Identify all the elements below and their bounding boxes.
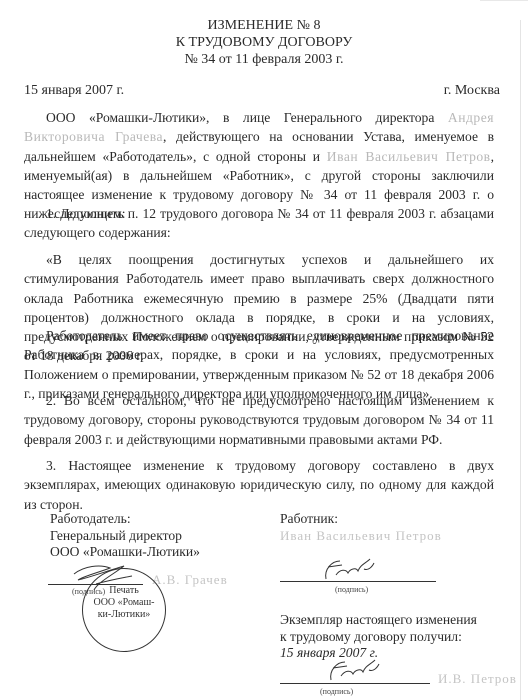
employee-signature-line [280, 581, 436, 582]
contract-reference: № 34 от 11 февраля 2003 г. [0, 51, 528, 68]
document-page: ИЗМЕНЕНИЕ № 8 К ТРУДОВОМУ ДОГОВОРУ № 34 … [0, 0, 528, 700]
employer-label: Работодатель: [50, 511, 200, 528]
employer-signature-block: Работодатель: Генеральный директор ООО «… [50, 511, 200, 561]
company-stamp: Печать ООО «Ромаш- ки-Лютики» [82, 568, 166, 652]
employee-label: Работник: [280, 511, 338, 528]
receipt-block: Экземпляр настоящего изменения к трудово… [280, 612, 477, 662]
clause-2: 2. Во всем остальном, что не предусмотре… [24, 391, 494, 449]
document-subtitle: К ТРУДОВОМУ ДОГОВОРУ [0, 34, 528, 51]
document-date: 15 января 2007 г. [24, 83, 124, 99]
clause-1: 1. Дополнить п. 12 трудового договора № … [24, 204, 494, 243]
employee-name-redacted: Иван Васильевич Петров [327, 149, 491, 164]
employer-company: ООО «Ромашки-Лютики» [50, 544, 200, 561]
document-title: ИЗМЕНЕНИЕ № 8 [0, 17, 528, 34]
document-city: г. Москва [444, 83, 500, 99]
receipt-signature-line [280, 683, 430, 684]
page-edge-top [480, 0, 528, 1]
receipt-signature-scribble [325, 658, 385, 686]
employee-signature-caption: (подпись) [335, 585, 368, 594]
employee-signature-block: Работник: [280, 511, 338, 528]
receipt-name-redacted: И.В. Петров [438, 671, 517, 687]
preamble-part1: ООО «Ромашки-Лютики», в лице Генеральног… [46, 110, 448, 125]
employer-position: Генеральный директор [50, 528, 200, 545]
clause-3: 3. Настоящее изменение к трудовому догов… [24, 456, 494, 514]
receipt-line-1: Экземпляр настоящего изменения [280, 612, 477, 629]
receipt-line-2: к трудовому договору получил: [280, 629, 477, 646]
receipt-signature-caption: (подпись) [320, 687, 353, 696]
employee-name-redacted: Иван Васильевич Петров [280, 528, 442, 544]
page-edge-right [520, 20, 521, 700]
